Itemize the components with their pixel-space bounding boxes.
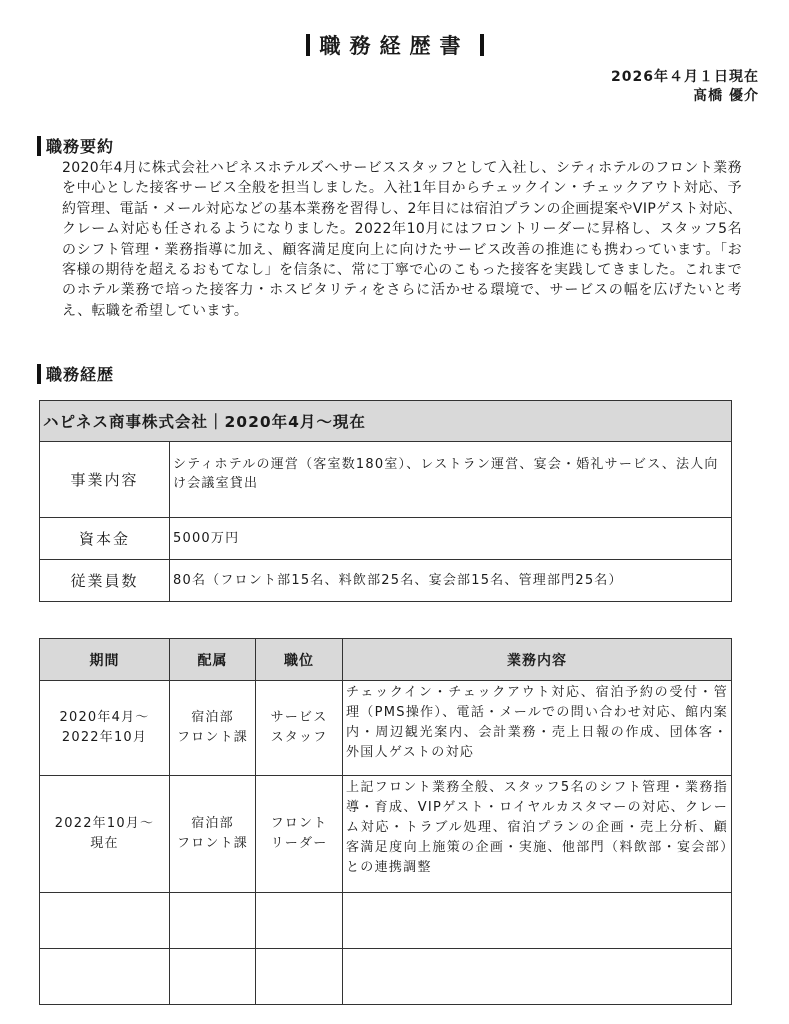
company-value: シティホテルの運営（客室数180室）、レストラン運営、宴会・婚礼サービス、法人向… xyxy=(170,442,732,518)
career-heading: 職務経歴 xyxy=(37,362,114,385)
column-header-duties: 業務内容 xyxy=(343,639,732,681)
company-table: ハピネス商事株式会社｜2020年4月～現在 事業内容 シティホテルの運営（客室数… xyxy=(39,400,732,602)
title-bar-left xyxy=(306,34,310,56)
department-cell xyxy=(170,949,256,1005)
section-marker xyxy=(37,136,41,156)
table-row-empty xyxy=(40,893,732,949)
table-row: 2022年10月～ 現在 宿泊部 フロント課 フロント リーダー 上記フロント業… xyxy=(40,776,732,893)
period-start: 2022年10月～ xyxy=(40,814,169,834)
position-cell xyxy=(256,893,343,949)
company-label: 事業内容 xyxy=(40,442,170,518)
summary-text: 2020年4月に株式会社ハピネスホテルズへサービススタッフとして入社し、シティホ… xyxy=(62,158,742,321)
position-cell: サービス スタッフ xyxy=(256,681,343,776)
position-cell: フロント リーダー xyxy=(256,776,343,893)
department-section: フロント課 xyxy=(170,834,255,854)
period-cell xyxy=(40,949,170,1005)
position-line: サービス xyxy=(256,708,342,728)
period-cell: 2022年10月～ 現在 xyxy=(40,776,170,893)
applicant-name: 髙橋 優介 xyxy=(611,87,759,106)
company-row-employees: 従業員数 80名（フロント部15名、料飲部25名、宴会部15名、管理部門25名） xyxy=(40,560,732,602)
summary-heading-text: 職務要約 xyxy=(46,134,114,157)
company-label: 従業員数 xyxy=(40,560,170,602)
duties-cell xyxy=(343,893,732,949)
table-row: 2020年4月～ 2022年10月 宿泊部 フロント課 サービス スタッフ チェ… xyxy=(40,681,732,776)
company-row-capital: 資本金 5000万円 xyxy=(40,518,732,560)
position-line: フロント xyxy=(256,814,342,834)
section-marker xyxy=(37,364,41,384)
company-label: 資本金 xyxy=(40,518,170,560)
career-table-header: 期間 配属 職位 業務内容 xyxy=(40,639,732,681)
document-date: 2026年４月１日現在 xyxy=(611,68,759,87)
document-title-text: 職務経歴書 xyxy=(320,34,470,58)
period-end: 現在 xyxy=(40,834,169,854)
department-cell xyxy=(170,893,256,949)
department-division: 宿泊部 xyxy=(170,708,255,728)
document-title: 職務経歴書 xyxy=(0,30,789,60)
position-cell xyxy=(256,949,343,1005)
duties-cell xyxy=(343,949,732,1005)
period-end: 2022年10月 xyxy=(40,728,169,748)
department-cell: 宿泊部 フロント課 xyxy=(170,776,256,893)
summary-heading: 職務要約 xyxy=(37,134,114,157)
period-cell: 2020年4月～ 2022年10月 xyxy=(40,681,170,776)
column-header-department: 配属 xyxy=(170,639,256,681)
department-division: 宿泊部 xyxy=(170,814,255,834)
position-line: リーダー xyxy=(256,834,342,854)
period-start: 2020年4月～ xyxy=(40,708,169,728)
period-cell xyxy=(40,893,170,949)
department-section: フロント課 xyxy=(170,728,255,748)
document-meta: 2026年４月１日現在 髙橋 優介 xyxy=(611,68,759,106)
title-bar-right xyxy=(480,34,484,56)
department-cell: 宿泊部 フロント課 xyxy=(170,681,256,776)
company-header: ハピネス商事株式会社｜2020年4月～現在 xyxy=(40,401,732,442)
column-header-period: 期間 xyxy=(40,639,170,681)
duties-cell: チェックイン・チェックアウト対応、宿泊予約の受付・管理（PMS操作）、電話・メー… xyxy=(343,681,732,776)
career-heading-text: 職務経歴 xyxy=(46,362,114,385)
table-row-empty xyxy=(40,949,732,1005)
company-row-business: 事業内容 シティホテルの運営（客室数180室）、レストラン運営、宴会・婚礼サービ… xyxy=(40,442,732,518)
company-value: 5000万円 xyxy=(170,518,732,560)
position-line: スタッフ xyxy=(256,728,342,748)
column-header-position: 職位 xyxy=(256,639,343,681)
company-value: 80名（フロント部15名、料飲部25名、宴会部15名、管理部門25名） xyxy=(170,560,732,602)
career-history-table: 期間 配属 職位 業務内容 2020年4月～ 2022年10月 宿泊部 フロント… xyxy=(39,638,732,1005)
duties-cell: 上記フロント業務全般、スタッフ5名のシフト管理・業務指導・育成、VIPゲスト・ロ… xyxy=(343,776,732,893)
